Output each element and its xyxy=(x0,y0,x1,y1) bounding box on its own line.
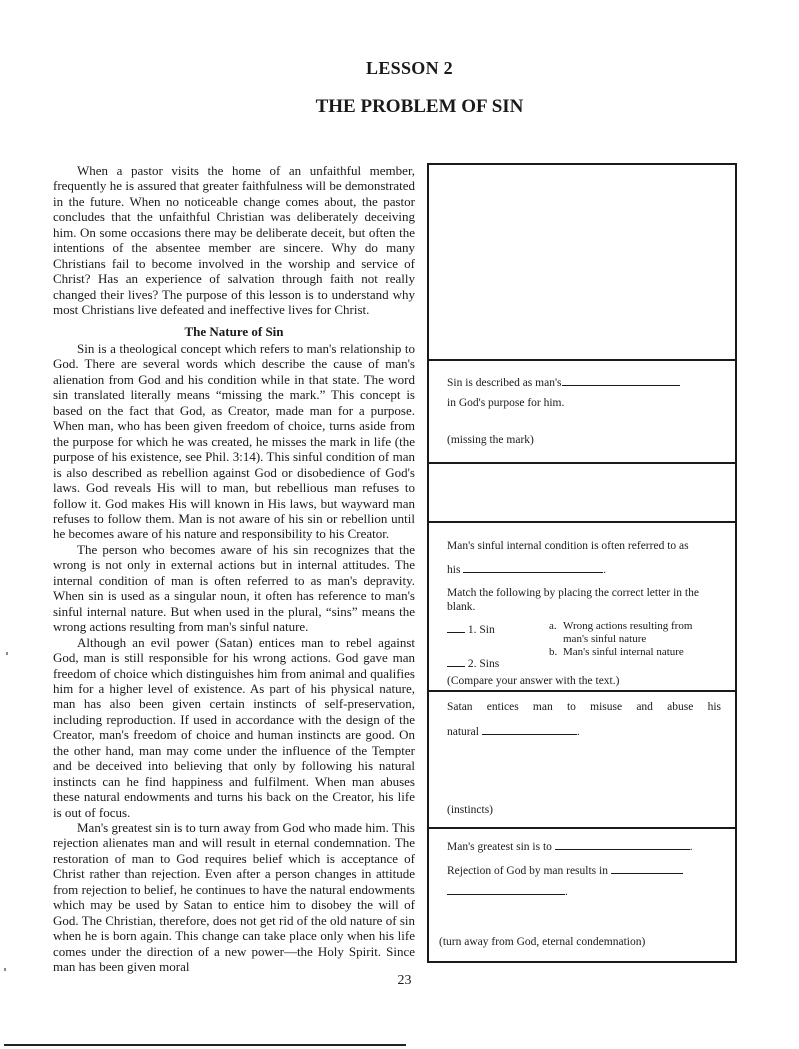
sidebar-box-instincts: Satan entices man to misuse and abuse hi… xyxy=(429,692,735,829)
scan-speck xyxy=(4,968,6,971)
instruction-text: Match the following by placing the corre… xyxy=(447,586,721,614)
scan-speck xyxy=(6,652,8,655)
note-text: (Compare your answer with the text.) xyxy=(447,674,721,688)
question-text: Man's greatest sin is to xyxy=(447,841,552,853)
question-text: in God's purpose for him. xyxy=(447,396,721,410)
question-text: natural xyxy=(447,726,479,738)
option-letter-a: a. xyxy=(549,620,563,646)
option-text-a: Wrong actions resulting from man's sinfu… xyxy=(563,620,719,646)
answer-text: (missing the mark) xyxy=(447,433,721,447)
match-item-2: 2. Sins xyxy=(468,658,499,670)
answer-blank-continued[interactable] xyxy=(447,884,565,895)
answer-blank[interactable] xyxy=(611,863,683,874)
question-text: Sin is described as man's xyxy=(447,377,562,389)
match-blank-2[interactable] xyxy=(447,656,465,667)
lesson-number: LESSON 2 xyxy=(0,58,799,79)
main-text-column: When a pastor visits the home of an unfa… xyxy=(53,163,415,975)
answer-blank[interactable] xyxy=(562,375,680,386)
body-paragraph: Sin is a theological concept which refer… xyxy=(53,341,415,542)
intro-paragraph: When a pastor visits the home of an unfa… xyxy=(53,163,415,318)
question-text: Man's sinful internal condition is often… xyxy=(447,539,721,553)
question-text: Satan entices man to misuse and abuse hi… xyxy=(447,700,721,714)
section-heading: The Nature of Sin xyxy=(53,324,415,339)
bottom-rule-divider xyxy=(4,1044,406,1046)
sidebar-box-greatest-sin: Man's greatest sin is to . Rejection of … xyxy=(429,829,735,961)
answer-blank[interactable] xyxy=(482,724,577,735)
body-paragraph: Although an evil power (Satan) entices m… xyxy=(53,635,415,820)
sidebar-box-blank xyxy=(429,464,735,523)
match-blank-1[interactable] xyxy=(447,622,465,633)
answer-text: (instincts) xyxy=(447,803,721,817)
sidebar-box-blank xyxy=(429,165,735,361)
option-text-b: Man's sinful internal nature xyxy=(563,646,719,659)
study-sidebar: Sin is described as man's in God's purpo… xyxy=(427,163,737,963)
answer-blank[interactable] xyxy=(555,839,690,850)
option-letter-b: b. xyxy=(549,646,563,659)
body-paragraph: The person who becomes aware of his sin … xyxy=(53,542,415,635)
page-number: 23 xyxy=(0,973,799,989)
question-text: Rejection of God by man results in xyxy=(447,865,608,877)
sidebar-box-missing-mark: Sin is described as man's in God's purpo… xyxy=(429,361,735,464)
lesson-title: THE PROBLEM OF SIN xyxy=(0,96,799,118)
body-paragraph: Man's greatest sin is to turn away from … xyxy=(53,820,415,975)
answer-blank[interactable] xyxy=(463,562,603,573)
answer-text: (turn away from God, eternal condemnatio… xyxy=(439,935,721,949)
match-item-1: 1. Sin xyxy=(468,624,495,636)
question-text: his xyxy=(447,564,460,576)
sidebar-box-depravity: Man's sinful internal condition is often… xyxy=(429,523,735,692)
